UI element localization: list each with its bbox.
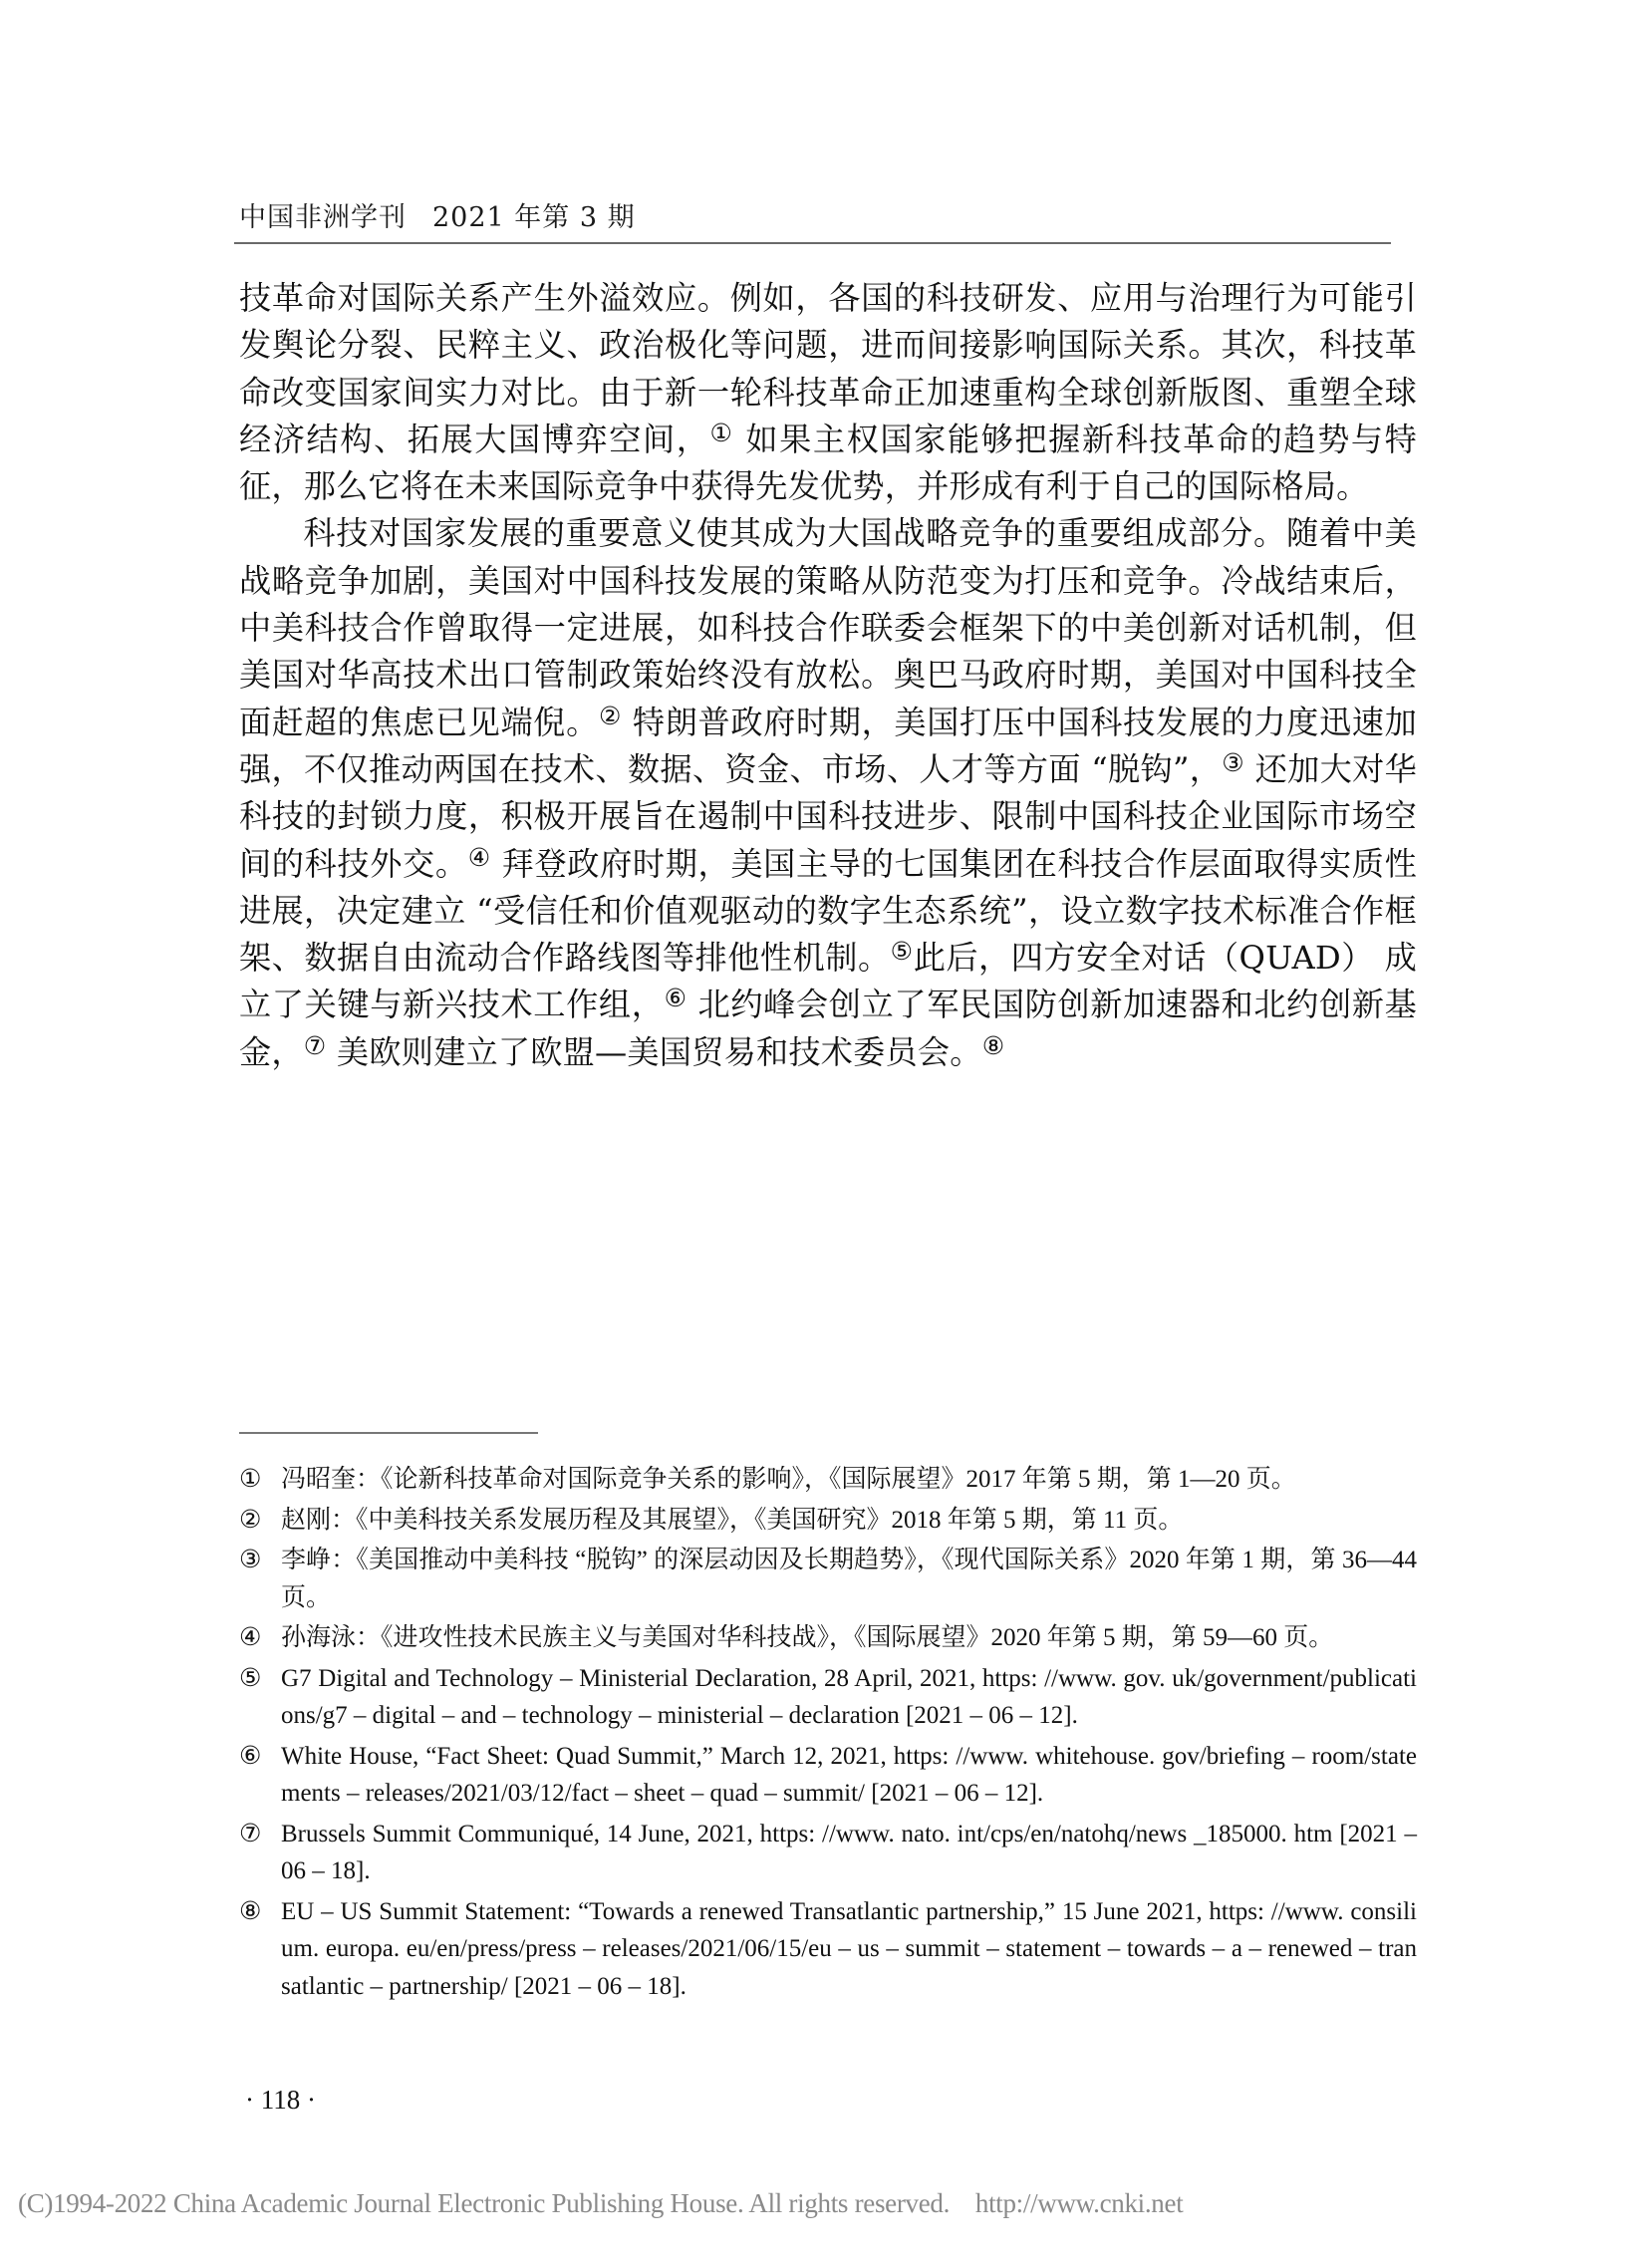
footnote-text: 李峥：《美国推动中美科技 “脱钩” 的深层动因及长期趋势》，《现代国际关系》20… [281,1547,1417,1611]
footnote-item: ④孙海泳：《进攻性技术民族主义与美国对华科技战》，《国际展望》2020 年第 5… [239,1619,1417,1657]
footnote-text: 冯昭奎：《论新科技革命对国际竞争关系的影响》，《国际展望》2017 年第 5 期… [281,1466,1296,1493]
footnote-number: ⑥ [239,1738,261,1776]
footnote-number: ③ [239,1542,261,1579]
running-header: 中国非洲学刊2021 年第 3 期 [239,195,636,234]
body-paragraph: 技革命对国际关系产生外溢效应。例如，各国的科技研发、应用与治理行为可能引发舆论分… [239,275,1417,510]
footnote-item: ②赵刚：《中美科技关系发展历程及其展望》，《美国研究》2018 年第 5 期，第… [239,1502,1417,1540]
footnote-item: ⑥White House, “Fact Sheet: Quad Summit,”… [239,1738,1417,1813]
footnote-number: ① [239,1461,261,1499]
footnote-reference[interactable]: ⑥ [665,985,687,1013]
footnote-reference[interactable]: ④ [468,843,491,872]
copyright-notice: (C)1994-2022 China Academic Journal Elec… [18,2188,1183,2219]
footnote-number: ② [239,1502,261,1540]
footnote-reference[interactable]: ③ [1222,748,1244,777]
header-rule [234,242,1391,244]
footnote-text: White House, “Fact Sheet: Quad Summit,” … [281,1743,1417,1808]
footnote-number: ④ [239,1619,261,1657]
footnote-item: ⑤G7 Digital and Technology – Ministerial… [239,1660,1417,1735]
footnotes: ①冯昭奎：《论新科技革命对国际竞争关系的影响》，《国际展望》2017 年第 5 … [239,1461,1417,2008]
body-paragraph: 科技对国家发展的重要意义使其成为大国战略竞争的重要组成部分。随着中美战略竞争加剧… [239,510,1417,1076]
footnote-number: ⑤ [239,1660,261,1698]
footnote-text: 孙海泳：《进攻性技术民族主义与美国对华科技战》，《国际展望》2020 年第 5 … [281,1624,1333,1651]
footnote-item: ⑧EU – US Summit Statement: “Towards a re… [239,1893,1417,2006]
footnote-number: ⑧ [239,1893,261,1931]
footnote-text: EU – US Summit Statement: “Towards a ren… [281,1898,1417,2000]
footnote-text: Brussels Summit Communiqué, 14 June, 202… [281,1821,1417,1885]
footnote-reference[interactable]: ⑦ [304,1031,327,1060]
body-text: 技革命对国际关系产生外溢效应。例如，各国的科技研发、应用与治理行为可能引发舆论分… [239,275,1417,1076]
footnote-item: ⑦Brussels Summit Communiqué, 14 June, 20… [239,1816,1417,1890]
footnote-reference[interactable]: ② [599,702,622,730]
page-number: · 118 · [245,2085,316,2116]
footnote-item: ③李峥：《美国推动中美科技 “脱钩” 的深层动因及长期趋势》，《现代国际关系》2… [239,1542,1417,1616]
footnote-item: ①冯昭奎：《论新科技革命对国际竞争关系的影响》，《国际展望》2017 年第 5 … [239,1461,1417,1499]
footnote-reference[interactable]: ⑧ [982,1031,1005,1060]
footnote-text: G7 Digital and Technology – Ministerial … [281,1665,1417,1730]
footnote-text: 赵刚：《中美科技关系发展历程及其展望》，《美国研究》2018 年第 5 期，第 … [281,1507,1183,1534]
footnote-reference[interactable]: ⑤ [891,937,914,966]
issue-label: 2021 年第 3 期 [432,202,636,233]
journal-name: 中国非洲学刊 [239,202,407,233]
footnote-rule [239,1432,538,1434]
footnote-number: ⑦ [239,1816,261,1853]
footnote-reference[interactable]: ① [710,419,734,447]
paragraph-text: 美欧则建立了欧盟—美国贸易和技术委员会。 [327,1033,982,1071]
